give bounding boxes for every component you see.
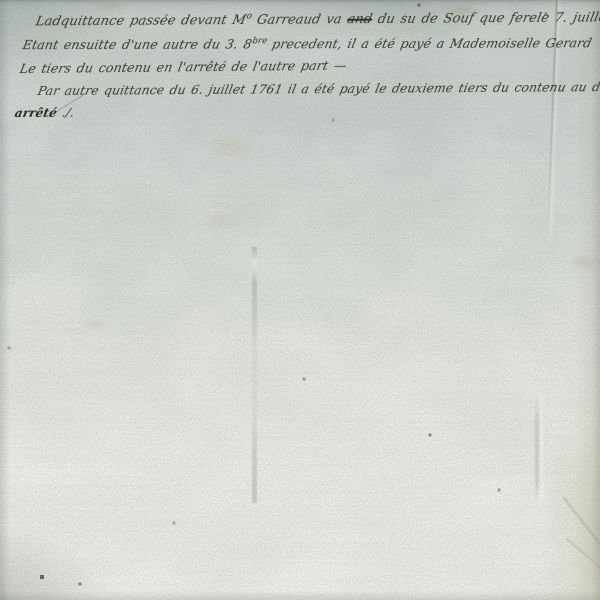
manuscript-page: Ladquittance passée devant Mo Garreaud v… [0, 0, 600, 600]
paper-grain [0, 0, 600, 600]
paper-texture [0, 0, 600, 600]
